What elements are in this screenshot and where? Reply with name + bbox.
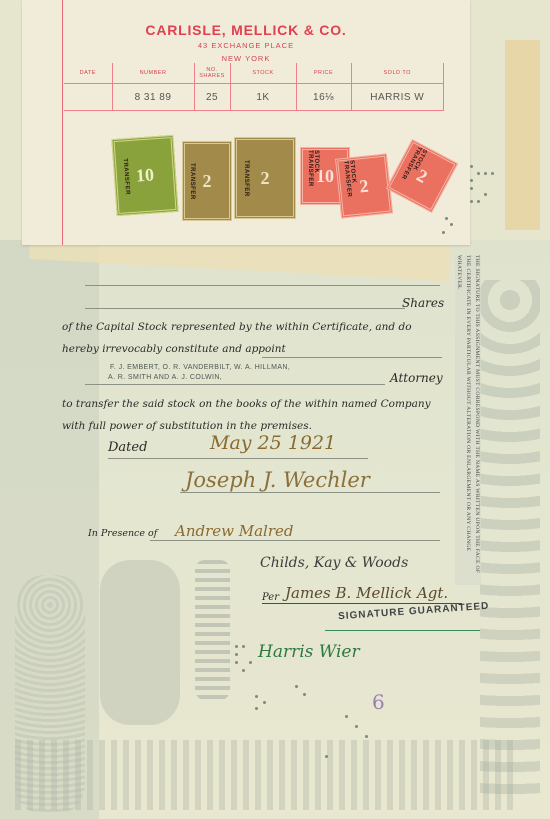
stamp-denomination: 10: [135, 164, 154, 186]
stamp-overprint: STOCK TRANSFER: [307, 150, 319, 202]
assignment-line-4: with full power of substitution in the p…: [62, 420, 312, 432]
cell-shares: 25: [194, 84, 230, 111]
owner-signature: Joseph J. Wechler: [185, 468, 370, 492]
assignment-line-1: of the Capital Stock represented by the …: [62, 321, 412, 333]
shares-label: Shares: [402, 296, 444, 310]
guilloche-bottom-band: [15, 740, 515, 810]
revenue-stamp-brown-2-b: 2 TRANSFER: [234, 137, 296, 219]
blank-line-1: [85, 285, 440, 286]
cell-number: 8 31 89: [112, 84, 194, 111]
green-rule: [325, 630, 480, 631]
table-row: 8 31 89 25 1K 16⅛ HARRIS W: [64, 84, 444, 111]
guarantor-signature: James B. Mellick Agt.: [285, 584, 448, 602]
appoint-blank-line: [262, 357, 442, 358]
cell-sold-to: HARRIS W: [351, 84, 444, 111]
stamp-denomination: 2: [261, 168, 270, 189]
pencil-mark: 6: [372, 690, 385, 714]
date-line: [108, 458, 368, 459]
header-sold-to: SOLD TO: [351, 63, 444, 84]
attorneys-typed-line-1: F. J. EMBERT, O. R. VANDERBILT, W. A. HI…: [110, 363, 290, 372]
header-number: NUMBER: [112, 63, 194, 84]
signature-instruction-note: THE SIGNATURE TO THIS ASSIGNMENT MUST CO…: [455, 255, 481, 585]
header-stock: STOCK: [230, 63, 296, 84]
assignment-line-3: to transfer the said stock on the books …: [62, 398, 431, 410]
dated-value: May 25 1921: [210, 432, 336, 454]
scalloped-border-right: [480, 280, 540, 800]
guarantor-firm: Childs, Kay & Woods: [260, 555, 408, 571]
header-price: PRICE: [296, 63, 351, 84]
revenue-stamp-brown-2-a: 2 TRANSFER: [182, 141, 232, 221]
stamp-denomination: 2: [203, 171, 212, 192]
trade-table: DATE NUMBER NO. SHARES STOCK PRICE SOLD …: [64, 63, 444, 111]
tan-paper-edge: [505, 40, 540, 230]
stamp-overprint: TRANSFER: [243, 160, 249, 197]
stamp-denomination: 2: [358, 175, 369, 197]
signature-line: [180, 492, 440, 493]
assignment-line-2: hereby irrevocably constitute and appoin…: [62, 343, 286, 355]
firm-address: 43 EXCHANGE PLACE: [22, 41, 470, 50]
dated-label: Dated: [108, 440, 147, 455]
firm-city: NEW YORK: [22, 54, 470, 63]
attorney-label: Attorney: [390, 371, 443, 385]
stamp-overprint: STOCK TRANSFER: [342, 160, 360, 215]
green-signature: Harris Wier: [258, 642, 360, 662]
revenue-stamp-red-2-a: 2 STOCK TRANSFER: [335, 153, 393, 218]
cell-stock: 1K: [230, 84, 296, 111]
witness-signature: Andrew Malred: [175, 522, 294, 540]
attorney-blank-line: [85, 384, 385, 385]
header-shares: NO. SHARES: [194, 63, 230, 84]
guilloche-strip: [195, 560, 230, 700]
per-label: Per: [262, 592, 279, 603]
presence-label: In Presence of: [88, 528, 157, 539]
revenue-stamp-green-10: 10 TRANSFER: [111, 135, 178, 216]
witness-line: [150, 540, 440, 541]
cell-price: 16⅛: [296, 84, 351, 111]
header-date: DATE: [64, 63, 112, 84]
shares-blank-line: [85, 308, 405, 309]
guilloche-vignette: [100, 560, 180, 725]
stamp-overprint: TRANSFER: [122, 158, 131, 195]
cell-date: [64, 84, 112, 111]
stamp-overprint: TRANSFER: [189, 163, 195, 200]
attorneys-typed-line-2: A. R. SMITH AND A. J. COLWIN,: [108, 373, 222, 382]
firm-name: CARLISLE, MELLICK & CO.: [22, 22, 470, 38]
